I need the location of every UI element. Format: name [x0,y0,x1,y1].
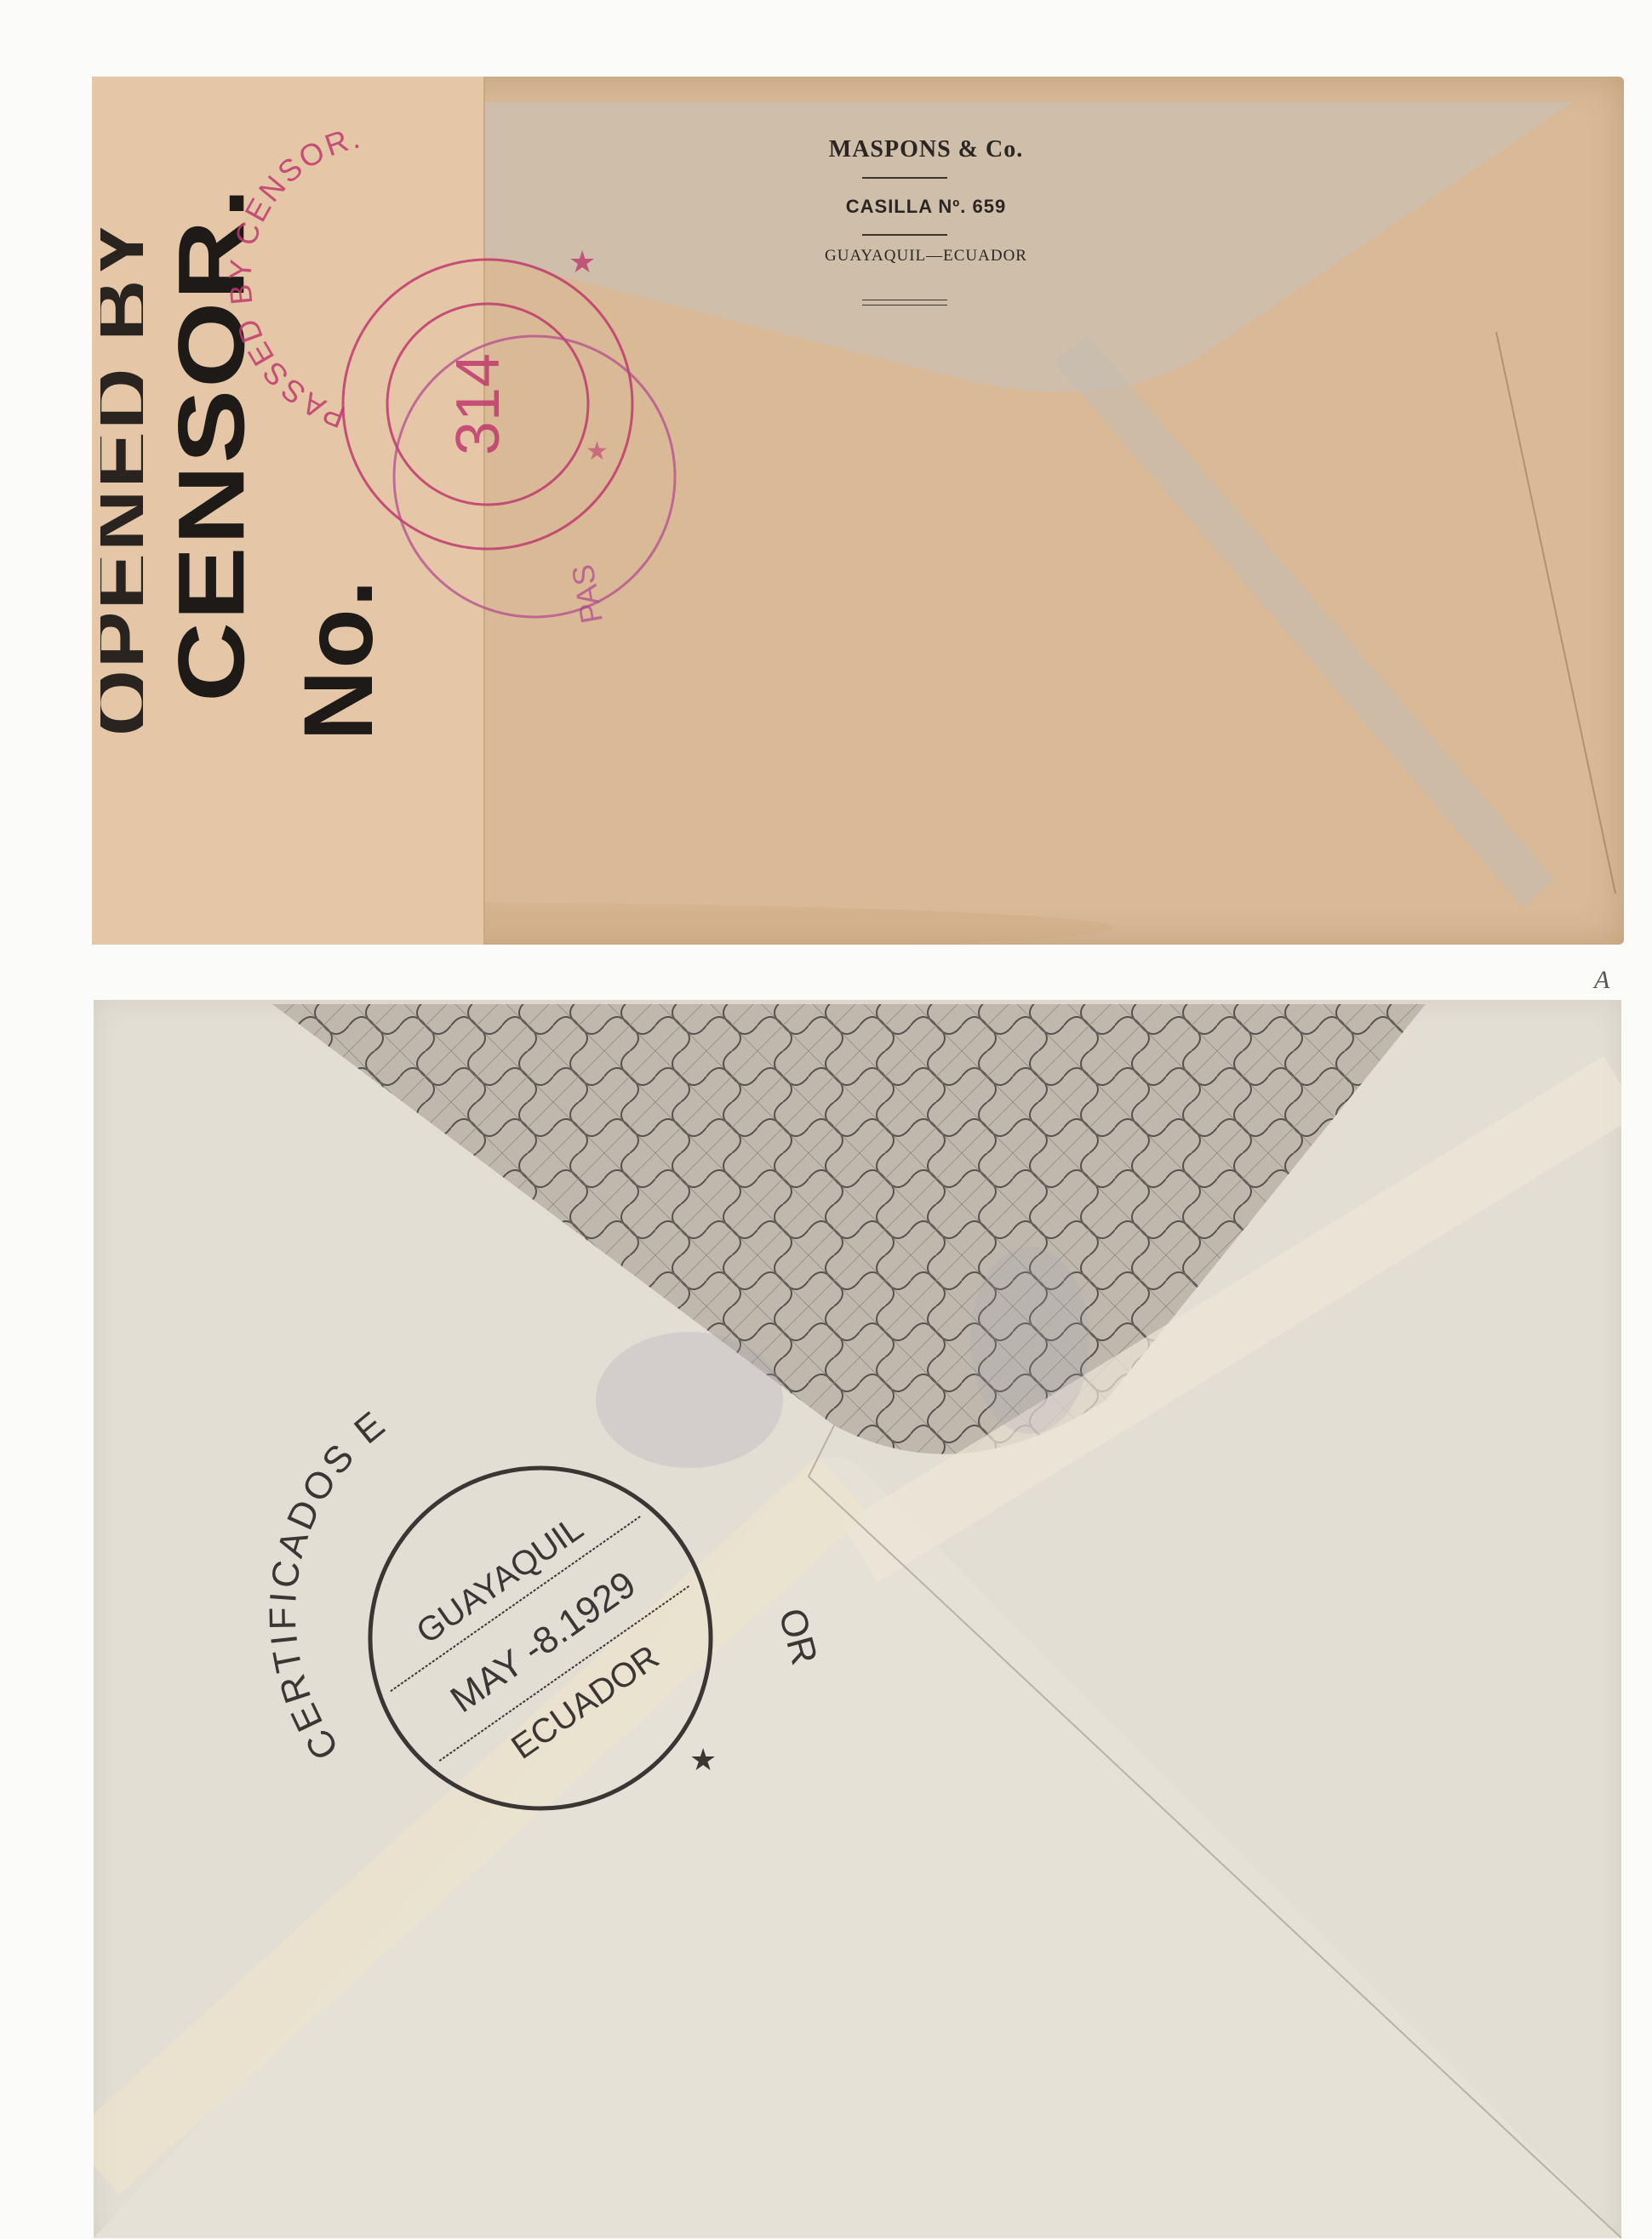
postmark-star: ★ [689,1742,717,1777]
divider [862,305,947,306]
postmark: GUAYAQUIL MAY -8.1929 ECUADOR CERTIFICAD… [94,1000,1621,2238]
envelope-top: OPENED BY CENSOR. No. PASSED BY CENSOR. … [92,77,1624,945]
svg-text:★: ★ [569,244,596,279]
postmark-right-arc: OR [770,1604,825,1669]
censor-stamp-number: 314 [444,353,512,455]
censor-handstamp: PASSED BY CENSOR. 314 PAS ★ ★ [92,77,773,672]
divider [862,234,947,236]
censor-stamp-2-text: PAS [564,562,609,625]
pencil-mark: A [1594,966,1609,995]
sender-city: GUAYAQUIL—ECUADOR [713,247,1139,266]
sender-box: CASILLA Nº. 659 [713,196,1139,218]
divider [862,177,947,179]
svg-text:★: ★ [586,437,609,466]
divider [862,300,947,300]
sender-company: MASPONS & Co. [713,136,1139,163]
postmark-top-arc: CERTIFICADOS E [262,1402,395,1767]
svg-text:CERTIFICADOS E: CERTIFICADOS E [262,1402,395,1767]
envelope-bottom: GUAYAQUIL MAY -8.1929 ECUADOR CERTIFICAD… [94,1000,1621,2238]
